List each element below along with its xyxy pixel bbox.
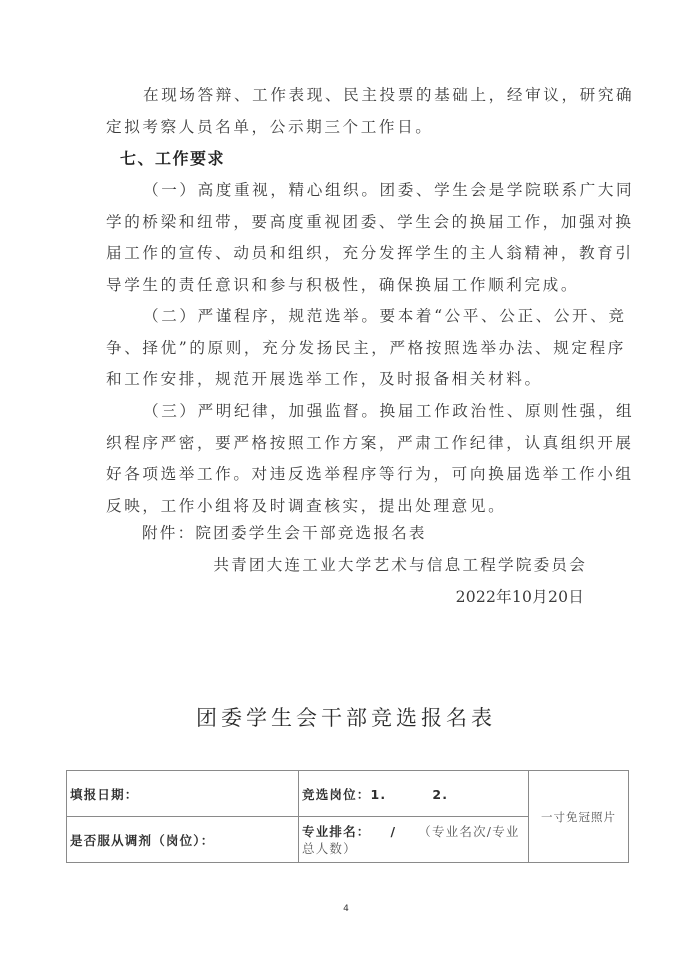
text-line: 织程序严密，要严格按照工作方案，严肃工作纪律，认真组织开展: [106, 428, 586, 460]
section-heading-block: 七、工作要求: [106, 143, 586, 175]
text-line: 学的桥梁和纽带，要高度重视团委、学生会的换届工作，加强对换: [106, 207, 586, 239]
photo-placeholder-label: 一寸免冠照片: [541, 810, 616, 824]
form-title: 团委学生会干部竞选报名表: [0, 702, 692, 732]
position-cell[interactable]: 竞选岗位：1.2.: [299, 771, 529, 817]
major-rank-label: 专业排名：: [302, 824, 371, 839]
major-rank-hint: （专业名次/专业: [418, 824, 519, 839]
requirement-paragraph-1: （一）高度重视，精心组织。团委、学生会是学院联系广大同 学的桥梁和纽带，要高度重…: [106, 175, 586, 301]
attachment-note: 附件：院团委学生会干部竞选报名表: [142, 521, 427, 543]
position-option-1: 1.: [371, 787, 387, 802]
text-line: 届工作的宣传、动员和组织，充分发挥学生的主人翁精神，教育引: [106, 238, 586, 270]
signature-date: 2022年10月20日: [456, 585, 584, 607]
text-line: （三）严明纪律，加强监督。换届工作政治性、原则性强，组: [106, 396, 586, 428]
intro-paragraph: 在现场答辩、工作表现、民主投票的基础上，经审议，研究确 定拟考察人员名单，公示期…: [106, 80, 586, 143]
photo-cell[interactable]: 一寸免冠照片: [529, 771, 629, 863]
major-rank-cell[interactable]: 专业排名：/（专业名次/专业 总人数）: [299, 817, 529, 863]
section-heading: 七、工作要求: [106, 143, 586, 175]
registration-form-table: 填报日期： 竞选岗位：1.2. 一寸免冠照片 是否服从调剂（岗位）： 专业排名：…: [66, 770, 629, 863]
text-line: （二）严谨程序，规范选举。要本着“公平、公正、公开、竞: [106, 301, 586, 333]
requirement-paragraph-3: （三）严明纪律，加强监督。换届工作政治性、原则性强，组 织程序严密，要严格按照工…: [106, 396, 586, 522]
text-line: 反映，工作小组将及时调查核实，提出处理意见。: [106, 491, 586, 523]
position-label: 竞选岗位：: [302, 787, 371, 802]
page-number: 4: [0, 904, 692, 914]
text-line: 在现场答辩、工作表现、民主投票的基础上，经审议，研究确: [106, 80, 586, 112]
text-line: 争、择优”的原则，充分发扬民主，严格按照选举办法、规定程序: [106, 333, 586, 365]
fill-date-cell[interactable]: 填报日期：: [67, 771, 299, 817]
text-line: 好各项选举工作。对违反选举程序等行为，可向换届选举工作小组: [106, 459, 586, 491]
text-line: 和工作安排，规范开展选举工作，及时报备相关材料。: [106, 364, 586, 396]
form-row-1: 填报日期： 竞选岗位：1.2. 一寸免冠照片: [67, 771, 629, 817]
text-line: 导学生的责任意识和参与积极性，确保换届工作顺利完成。: [106, 270, 586, 302]
accept-adjustment-cell[interactable]: 是否服从调剂（岗位）：: [67, 817, 299, 863]
signature-organization: 共青团大连工业大学艺术与信息工程学院委员会: [213, 553, 587, 575]
position-option-2: 2.: [432, 787, 448, 802]
major-rank-hint-continued: 总人数）: [302, 841, 525, 856]
major-rank-separator: /: [391, 824, 397, 839]
requirement-paragraph-2: （二）严谨程序，规范选举。要本着“公平、公正、公开、竞 争、择优”的原则，充分发…: [106, 301, 586, 396]
text-line: （一）高度重视，精心组织。团委、学生会是学院联系广大同: [106, 175, 586, 207]
text-line: 定拟考察人员名单，公示期三个工作日。: [106, 112, 586, 144]
fill-date-label: 填报日期：: [70, 787, 139, 802]
document-page: 在现场答辩、工作表现、民主投票的基础上，经审议，研究确 定拟考察人员名单，公示期…: [0, 0, 692, 978]
accept-adjustment-label: 是否服从调剂（岗位）：: [70, 833, 214, 848]
